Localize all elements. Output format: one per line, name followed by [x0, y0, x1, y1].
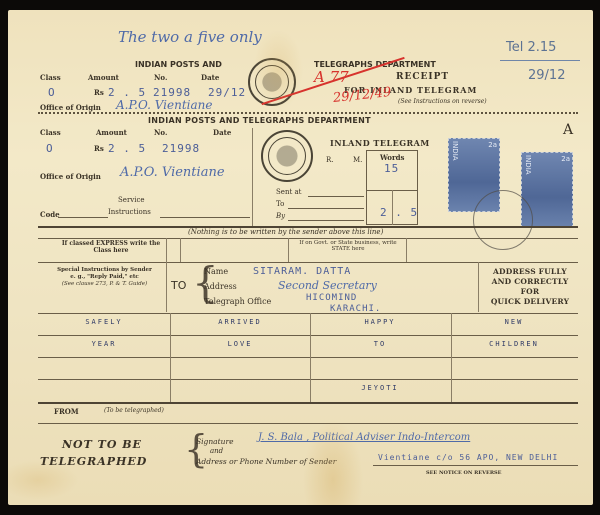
postmark-cancel	[473, 190, 533, 250]
by-label: By	[276, 212, 285, 220]
signature-value: J. S. Bala , Political Adviser Indo-Inte…	[258, 432, 470, 443]
perforation-line	[38, 112, 578, 114]
form-header: INDIAN POSTS AND TELEGRAPHS DEPARTMENT	[148, 116, 371, 125]
receipt-no-label: No.	[154, 73, 167, 82]
address-notice: ADDRESS FULLY AND CORRECTLY FOR QUICK DE…	[480, 267, 580, 307]
receipt-office-label: Office of Origin	[40, 103, 101, 112]
from-note: (To be telegraphed)	[104, 407, 164, 414]
nothing-written-notice: (Nothing is to be written by the sender …	[188, 228, 383, 236]
red-annotation-2: 29/12/49	[332, 85, 392, 106]
form-rs-label: Rs	[94, 144, 104, 153]
top-right-note-2: 29/12	[528, 68, 565, 83]
form-instructions-label: Instructions	[108, 208, 151, 216]
sent-at-label: Sent at	[276, 188, 301, 196]
words-label: Words	[380, 153, 404, 162]
recipient-name-label: Name	[204, 267, 228, 276]
form-amount-label: Amount	[96, 128, 127, 137]
special-instructions-line3: (See clause 273, P. & T. Guide)	[42, 281, 167, 287]
message-word: SAFELY	[64, 318, 144, 326]
receipt-office-value: A.P.O. Vientiane	[116, 98, 212, 112]
govt-note: If on Govt. or State business, write STA…	[298, 240, 398, 252]
recipient-address-label: Address	[204, 282, 237, 291]
recipient-office-value: HICOMIND	[306, 293, 357, 303]
words-value: 15	[384, 162, 399, 175]
from-label: FROM	[54, 407, 79, 416]
form-code-label: Code	[40, 210, 60, 219]
not-to-be-line2: TELEGRAPHED	[40, 455, 147, 468]
recipient-name-value: SITARAM. DATTA	[253, 266, 351, 277]
form-office-label: Office of Origin	[40, 172, 101, 181]
receipt-date-value: 29/12	[208, 86, 246, 99]
address-sender-label: Address or Phone Number of Sender	[196, 457, 336, 466]
receipt-amount-label: Amount	[88, 73, 119, 82]
receipt-header-left: INDIAN POSTS AND	[135, 60, 222, 69]
message-word: YEAR	[64, 340, 144, 348]
form-amount-value: 2 . 5	[108, 142, 146, 155]
recipient-address-value: Second Secretary	[278, 279, 377, 292]
message-word: TO	[340, 340, 420, 348]
to-label: To	[276, 200, 284, 208]
form-no-label: No.	[154, 128, 167, 137]
not-to-be-line1: NOT TO BE	[62, 438, 142, 451]
form-m-label: M.	[353, 156, 362, 164]
form-no-value: 21998	[162, 142, 200, 155]
recipient-office-label: Telegraph Office	[204, 297, 271, 306]
message-word: LOVE	[200, 340, 280, 348]
top-right-note-1: Tel 2.15	[506, 40, 556, 55]
message-word: CHILDREN	[474, 340, 554, 348]
form-title: INLAND TELEGRAM	[330, 138, 430, 148]
to-label-large: TO	[171, 279, 186, 292]
receipt-instructions: (See Instructions on reverse)	[398, 98, 487, 105]
message-word: NEW	[474, 318, 554, 326]
message-word: JEYOTI	[340, 384, 420, 392]
sender-address-value: Vientiane c/o 56 APO, NEW DELHI	[378, 453, 558, 462]
telegram-form: The two a five only Tel 2.15 29/12 INDIA…	[8, 10, 593, 505]
receipt-class-label: Class	[40, 73, 61, 82]
form-class-value: O	[46, 142, 54, 155]
top-handwritten-note: The two a five only	[118, 28, 262, 46]
special-instructions-line1: Special Instructions by Sender	[42, 267, 167, 273]
express-note: If classed EXPRESS write the Class here	[56, 240, 166, 254]
receipt-class-value: O	[48, 86, 56, 99]
and-label: and	[210, 447, 223, 455]
message-word: ARRIVED	[200, 318, 280, 326]
special-instructions-line2: e. g., "Reply Paid," etc	[42, 274, 167, 280]
receipt-title: RECEIPT	[396, 72, 449, 82]
form-date-label: Date	[213, 128, 231, 137]
charges-value: 2 . 5	[380, 206, 418, 219]
receipt-date-label: Date	[201, 73, 219, 82]
form-class-label: Class	[40, 128, 61, 137]
form-seal-stamp	[261, 130, 313, 182]
form-office-value: A.P.O. Vientiane	[120, 165, 225, 180]
form-r-label: R.	[326, 156, 334, 164]
form-service-label: Service	[118, 196, 145, 204]
receipt-rs-label: Rs	[94, 88, 104, 97]
signature-label: Signature	[196, 437, 234, 446]
see-notice-reverse: SEE NOTICE ON REVERSE	[426, 470, 501, 476]
form-corner-mark: A	[563, 122, 573, 138]
message-word: HAPPY	[340, 318, 420, 326]
